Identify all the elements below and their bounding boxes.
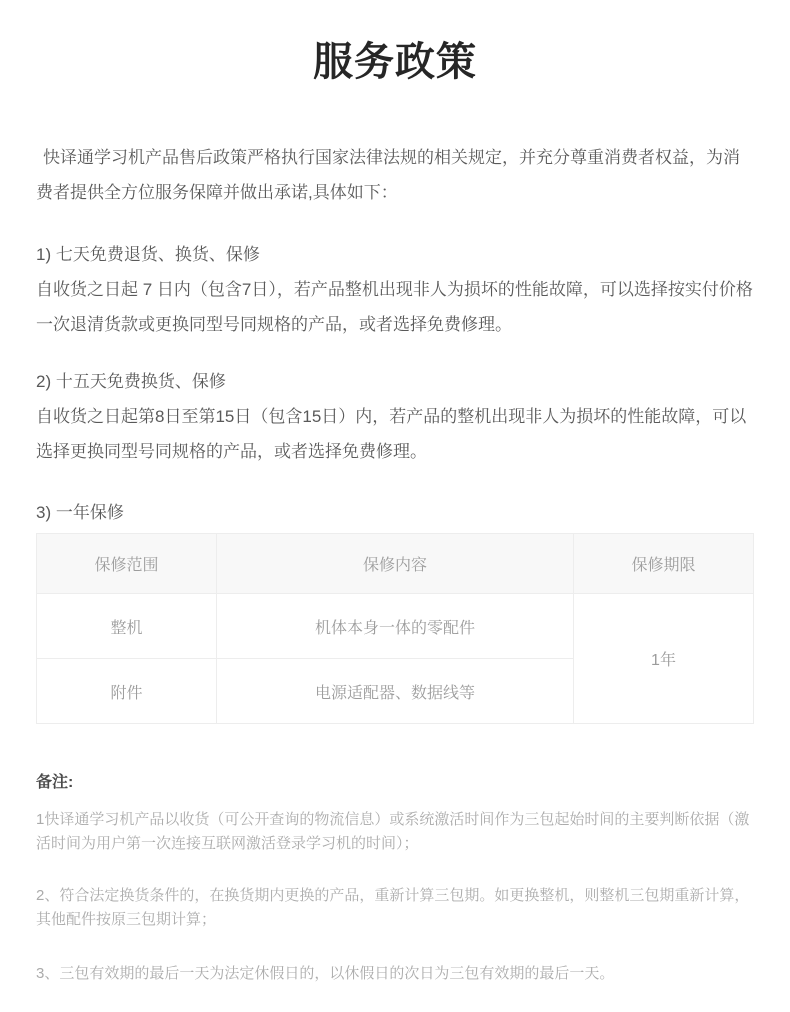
intro-paragraph: 快译通学习机产品售后政策严格执行国家法律法规的相关规定，并充分尊重消费者权益，为… — [36, 140, 754, 210]
warranty-period-header: 保修期限 — [574, 534, 754, 594]
note-item-2: 2、符合法定换货条件的，在换货期内更换的产品，重新计算三包期。如更换整机，则整机… — [36, 884, 754, 932]
section-fifteen-day-exchange: 2) 十五天免费换货、保修 自收货之日起第8日至第15日（包含15日）内，若产品… — [36, 364, 754, 469]
content-cell-whole-machine: 机体本身一体的零配件 — [217, 594, 574, 659]
table-row-whole-machine: 整机 机体本身一体的零配件 1年 — [37, 594, 754, 659]
scope-cell-whole-machine: 整机 — [37, 594, 217, 659]
section-3-heading: 3) 一年保修 — [36, 495, 754, 530]
note-item-1: 1快译通学习机产品以收货（可公开查询的物流信息）或系统激活时间作为三包起始时间的… — [36, 808, 754, 856]
notes-label: 备注: — [36, 771, 754, 795]
scope-cell-accessories: 附件 — [37, 659, 217, 724]
page-title: 服务政策 — [36, 40, 754, 84]
section-seven-day-return: 1) 七天免费退货、换货、保修 自收货之日起 7 日内（包含7日），若产品整机出… — [36, 237, 754, 342]
warranty-content-header: 保修内容 — [217, 534, 574, 594]
warranty-table-header-row: 保修范围 保修内容 保修期限 — [37, 534, 754, 594]
section-1-body: 自收货之日起 7 日内（包含7日），若产品整机出现非人为损坏的性能故障，可以选择… — [36, 272, 754, 342]
warranty-table: 保修范围 保修内容 保修期限 整机 机体本身一体的零配件 1年 附件 电源适配器… — [36, 533, 754, 724]
period-cell-one-year: 1年 — [574, 594, 754, 724]
section-one-year-warranty: 3) 一年保修 — [36, 495, 754, 530]
note-item-3: 3、三包有效期的最后一天为法定休假日的，以休假日的次日为三包有效期的最后一天。 — [36, 962, 754, 986]
warranty-scope-header: 保修范围 — [37, 534, 217, 594]
service-policy-page: 服务政策 快译通学习机产品售后政策严格执行国家法律法规的相关规定，并充分尊重消费… — [0, 0, 790, 1012]
section-1-heading: 1) 七天免费退货、换货、保修 — [36, 237, 754, 272]
content-cell-accessories: 电源适配器、数据线等 — [217, 659, 574, 724]
section-2-body: 自收货之日起第8日至第15日（包含15日）内，若产品的整机出现非人为损坏的性能故… — [36, 399, 754, 469]
section-2-heading: 2) 十五天免费换货、保修 — [36, 364, 754, 399]
